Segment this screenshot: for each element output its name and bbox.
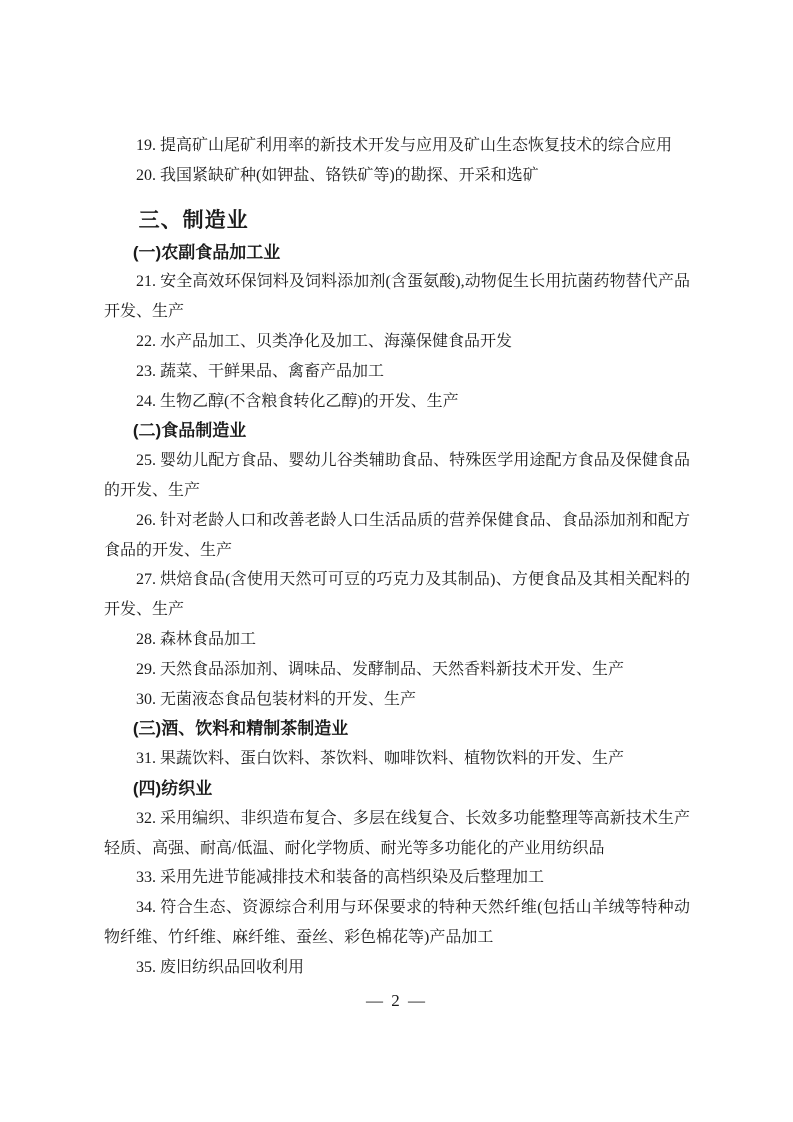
list-item: 34. 符合生态、资源综合利用与环保要求的特种天然纤维(包括山羊绒等特种动物纤维… xyxy=(104,893,690,953)
list-item: 21. 安全高效环保饲料及饲料添加剂(含蛋氨酸),动物促生长用抗菌药物替代产品开… xyxy=(104,267,690,327)
list-item: 31. 果蔬饮料、蛋白饮料、茶饮料、咖啡饮料、植物饮料的开发、生产 xyxy=(104,744,690,774)
section-heading: 三、制造业 xyxy=(104,205,690,236)
document-page: 19. 提高矿山尾矿利用率的新技术开发与应用及矿山生态恢复技术的综合应用20. … xyxy=(0,0,793,1122)
list-item: 19. 提高矿山尾矿利用率的新技术开发与应用及矿山生态恢复技术的综合应用 xyxy=(104,131,690,161)
list-item: 22. 水产品加工、贝类净化及加工、海藻保健食品开发 xyxy=(104,327,690,357)
subsection-heading: (二)食品制造业 xyxy=(104,416,690,446)
list-item: 33. 采用先进节能减排技术和装备的高档织染及后整理加工 xyxy=(104,863,690,893)
subsection-heading: (四)纺织业 xyxy=(104,774,690,804)
list-item: 28. 森林食品加工 xyxy=(104,625,690,655)
list-item: 30. 无菌液态食品包装材料的开发、生产 xyxy=(104,685,690,715)
subsection-heading: (三)酒、饮料和精制茶制造业 xyxy=(104,714,690,744)
list-item: 26. 针对老龄人口和改善老龄人口生活品质的营养保健食品、食品添加剂和配方食品的… xyxy=(104,506,690,566)
list-item: 27. 烘焙食品(含使用天然可可豆的巧克力及其制品)、方便食品及其相关配料的开发… xyxy=(104,565,690,625)
page-footer: — 2 — xyxy=(0,991,793,1011)
document-body: 19. 提高矿山尾矿利用率的新技术开发与应用及矿山生态恢复技术的综合应用20. … xyxy=(104,131,690,983)
subsection-heading: (一)农副食品加工业 xyxy=(104,238,690,268)
list-item: 23. 蔬菜、干鲜果品、禽畜产品加工 xyxy=(104,357,690,387)
list-item: 20. 我国紧缺矿种(如钾盐、铬铁矿等)的勘探、开采和选矿 xyxy=(104,161,690,191)
list-item: 35. 废旧纺织品回收利用 xyxy=(104,953,690,983)
list-item: 29. 天然食品添加剂、调味品、发酵制品、天然香料新技术开发、生产 xyxy=(104,655,690,685)
page-number: — 2 — xyxy=(366,991,427,1010)
list-item: 32. 采用编织、非织造布复合、多层在线复合、长效多功能整理等高新技术生产轻质、… xyxy=(104,804,690,864)
list-item: 25. 婴幼儿配方食品、婴幼儿谷类辅助食品、特殊医学用途配方食品及保健食品的开发… xyxy=(104,446,690,506)
list-item: 24. 生物乙醇(不含粮食转化乙醇)的开发、生产 xyxy=(104,387,690,417)
